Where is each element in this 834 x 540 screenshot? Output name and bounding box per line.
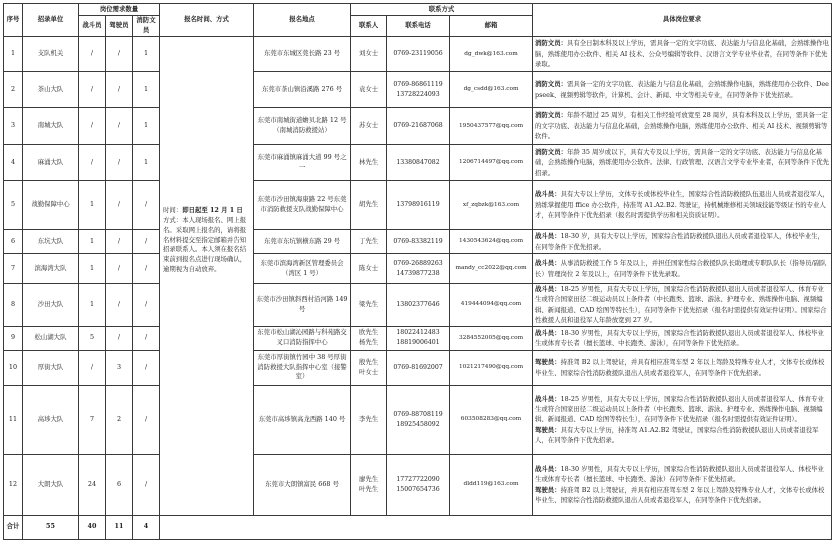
requirement-text: 18-25 岁男性，具有大专以上学历，国家综合性消防救援队退出人员或者退役军人、…: [535, 285, 826, 324]
cell-fighter: /: [79, 145, 106, 181]
contact-phone-number: 18925458092: [396, 421, 439, 428]
requirement-item: 战斗员：18-30 岁男性，具有大专以上学历，国家综合性消防救援队退出人员或者退…: [535, 464, 829, 485]
header-contact-phone: 联系电话: [387, 16, 450, 37]
contact-phone-number: 0769-26889263: [393, 260, 442, 267]
requirement-text: 需具备一定的文字功底、表达能力与信息化基础，会熟练操作电脑，熟练使用办公软件、D…: [535, 80, 829, 98]
cell-unit: 滨海湾大队: [23, 254, 79, 284]
requirement-role: 消防文员：: [535, 148, 567, 156]
cell-driver: /: [106, 181, 133, 230]
cell-clerk: 1: [133, 145, 160, 181]
cell-contact-phone: 1802241248318819006401: [387, 326, 450, 350]
header-driver: 驾驶员: [106, 16, 133, 37]
requirement-role: 战斗员：: [535, 190, 561, 198]
total-row: 合计5540114: [4, 515, 832, 539]
cell-contact-email[interactable]: mandy_cc2022@qq.com: [450, 254, 533, 284]
requirement-text: 18-30 岁男性，具有大专以上学历，国家综合性消防救援队退出人员或者退役军人、…: [535, 465, 824, 483]
signup-time-value: 即日起至 12 月 1 日: [182, 206, 243, 214]
requirement-role: 驾驶员：: [535, 358, 561, 366]
header-quota-group: 岗位需求数量: [79, 4, 160, 16]
cell-clerk: /: [133, 454, 160, 515]
requirement-item: 消防文员：年龄 35 周岁或以下，具有大专及以上学历，需具备一定的文字功底、表达…: [535, 147, 829, 178]
cell-contact-phone: 1772772209015007654736: [387, 454, 450, 515]
cell-driver: /: [106, 284, 133, 327]
contact-phone-number: 15007654736: [396, 486, 439, 493]
requirement-text: 持准驾 B2 以上驾驶证，并具有相应准驾车型 2 年以上驾龄及特殊专业人才，文体…: [535, 486, 824, 504]
requirement-role: 驾驶员：: [535, 486, 561, 494]
contact-person-name: 刘女士: [359, 49, 378, 57]
cell-driver: /: [106, 145, 133, 181]
cell-requirements: 战斗员：18-30 岁男性，具有大专以上学历，国家综合性消防救援队退出人员或者退…: [533, 454, 832, 515]
recruitment-table: 序号 招录单位 岗位需求数量 报名时间、方式 报名地点 联系方式 具体岗位要求 …: [3, 3, 832, 540]
contact-person-name: 廖先生: [359, 475, 378, 483]
header-seq: 序号: [4, 4, 23, 37]
cell-requirements: 战斗员：具有大专以上学历，文体专长或体校毕业生，国家综合性消防救援队伍退出人员或…: [533, 181, 832, 230]
contact-phone-number: 14739877238: [396, 270, 439, 277]
cell-driver: /: [106, 230, 133, 254]
requirement-text: 年龄不超过 25 周岁，有相关工作经验可放宽至 28 周岁，具有本科及以上学历，…: [535, 111, 828, 140]
cell-place: 东莞市东城区莞长路 23 号: [254, 37, 351, 72]
contact-person-name: 杨先生: [359, 338, 378, 346]
cell-clerk: 1: [133, 37, 160, 72]
cell-driver: /: [106, 37, 133, 72]
cell-fighter: /: [79, 37, 106, 72]
contact-person-name: 丁先生: [359, 237, 378, 245]
total-driver: 11: [106, 515, 133, 539]
cell-seq: 3: [4, 108, 23, 145]
cell-contact-email[interactable]: dg_dwk@163.com: [450, 37, 533, 72]
cell-requirements: 战斗员：从事消防救援工作 5 年及以上，并担任国家性综合救援队队长助理或专职队队…: [533, 254, 832, 284]
requirement-role: 战斗员：: [535, 285, 561, 293]
cell-contact-person: 梁先生: [351, 284, 387, 327]
cell-unit: 松山湖大队: [23, 326, 79, 350]
table-row: 12大朗大队246/东莞市大朗镇富民 668 号廖先生叶先生1772772209…: [4, 454, 832, 515]
cell-contact-person: 苏女士: [351, 108, 387, 145]
cell-contact-person: 林先生: [351, 145, 387, 181]
cell-contact-phone: 13802377646: [387, 284, 450, 327]
cell-unit: 麻涌大队: [23, 145, 79, 181]
cell-seq: 5: [4, 181, 23, 230]
total-clerk: 4: [133, 515, 160, 539]
table-row: 10厚街大队/3/东莞市厚街镇竹园中 38 号厚街消防救援大队指挥中心室（接警室…: [4, 350, 832, 385]
table-row: 5战勤保障中心1//东莞市沙田镇海康路 22 号东莞市消防救援支队战勤保障中心胡…: [4, 181, 832, 230]
requirement-item: 驾驶员：持准驾 B2 以上驾驶证，并具有相应准驾车型 2 年以上驾龄及特殊专业人…: [535, 485, 829, 506]
cell-contact-person: 胡先生: [351, 181, 387, 230]
cell-place: 东莞市南城街道蟾贝北路 12 号（南城消防救援站）: [254, 108, 351, 145]
requirement-role: 战斗员：: [535, 465, 561, 473]
cell-place: 东莞市大朗镇富民 668 号: [254, 454, 351, 515]
cell-unit: 东坑大队: [23, 230, 79, 254]
table-row: 1支队机关//1时间：即日起至 12 月 1 日方式：本人现场报名、网上报名。采…: [4, 37, 832, 72]
cell-fighter: /: [79, 108, 106, 145]
header-contact-group: 联系方式: [351, 4, 533, 16]
cell-signup-info: 时间：即日起至 12 月 1 日方式：本人现场报名、网上报名。采取网上报名的，请…: [160, 37, 254, 516]
cell-seq: 9: [4, 326, 23, 350]
cell-driver: /: [106, 326, 133, 350]
requirement-role: 战斗员：: [535, 395, 561, 403]
contact-phone-number: 0769-81692007: [393, 364, 442, 371]
cell-driver: 3: [106, 350, 133, 385]
contact-person-name: 殷先生: [359, 358, 378, 366]
contact-phone-number: 0769-83382119: [393, 238, 442, 245]
cell-seq: 11: [4, 385, 23, 454]
cell-clerk: 1: [133, 72, 160, 108]
cell-driver: 2: [106, 385, 133, 454]
requirement-text: 具有全日制本科及以上学历，需具备一定的文字功底、表达能力与信息化基础，会熟练操作…: [535, 39, 829, 68]
requirement-item: 战斗员：18-25 岁男性，具有大专以上学历，国家综合性消防救援队退出人员或者退…: [535, 394, 829, 425]
cell-contact-email[interactable]: 1430543624@qq.com: [450, 230, 533, 254]
cell-clerk: /: [133, 254, 160, 284]
cell-contact-person: 欧先生杨先生: [351, 326, 387, 350]
requirement-text: 18-30 岁男性，具有大专以上学历，国家综合性消防救援队退出人员或者退役军人、…: [535, 329, 824, 347]
requirement-item: 战斗员：18-25 岁男性，具有大专以上学历，国家综合性消防救援队退出人员或者退…: [535, 284, 829, 326]
cell-contact-email[interactable]: 603508283@qq.com: [450, 385, 533, 454]
header-requirements: 具体岗位要求: [533, 4, 832, 37]
cell-requirements: 消防文员：需具备一定的文字功底、表达能力与信息化基础，会熟练操作电脑，熟练使用办…: [533, 72, 832, 108]
header-contact-person: 联系人: [351, 16, 387, 37]
cell-unit: 大朗大队: [23, 454, 79, 515]
contact-person-name: 梁先生: [359, 300, 378, 308]
cell-contact-person: 殷先生叶女士: [351, 350, 387, 385]
table-row: 4麻涌大队//1东莞市麻涌镇麻涌大道 99 号之一林先生133808470821…: [4, 145, 832, 181]
requirement-role: 战斗员：: [535, 232, 561, 240]
requirement-text: 持准驾 B2 以上驾驶证，并具有相应准驾车型 2 年以上驾龄及特殊专业人才，文体…: [535, 358, 824, 376]
cell-fighter: 1: [79, 284, 106, 327]
cell-requirements: 战斗员：18-25 岁男性，具有大专以上学历，国家综合性消防救援队退出人员或者退…: [533, 284, 832, 327]
cell-driver: /: [106, 108, 133, 145]
header-contact-email: 邮箱: [450, 16, 533, 37]
contact-phone-number: 13728224093: [396, 91, 439, 98]
header-clerk: 消防文员: [133, 16, 160, 37]
cell-fighter: 1: [79, 181, 106, 230]
cell-contact-person: 刘女士: [351, 37, 387, 72]
cell-fighter: /: [79, 350, 106, 385]
total-all: 55: [23, 515, 79, 539]
cell-contact-phone: 0769-81692007: [387, 350, 450, 385]
cell-place: 东莞市沙田镇海康路 22 号东莞市消防救援支队战勤保障中心: [254, 181, 351, 230]
cell-clerk: /: [133, 181, 160, 230]
cell-unit: 厚街大队: [23, 350, 79, 385]
cell-seq: 8: [4, 284, 23, 327]
cell-unit: 战勤保障中心: [23, 181, 79, 230]
contact-phone-number: 0769-23119056: [393, 50, 442, 57]
cell-unit: 支队机关: [23, 37, 79, 72]
contact-phone-number: 18022412483: [396, 329, 439, 336]
header-fighter: 战斗员: [79, 16, 106, 37]
table-row: 2茶山大队//1东莞市茶山镇沿溪路 276 号袁女士0769-868611191…: [4, 72, 832, 108]
requirement-text: 从事消防救援工作 5 年及以上，并担任国家性综合救援队队长助理或专职队队长（指导…: [535, 259, 826, 277]
cell-requirements: 战斗员：18-30 岁，具有大专以上学历，国家综合性消防救援队退出人员或者退役军…: [533, 230, 832, 254]
contact-phone-number: 0769-88708119: [393, 411, 442, 418]
requirement-role: 战斗员：: [535, 259, 561, 267]
requirement-text: 具有大专以上学历，持准驾 A1.A2.B2 驾驶证，国家综合性消防救援队退出人员…: [535, 426, 818, 444]
requirement-text: 具有大专以上学历，文体专长或体校毕业生，国家综合性消防救援队伍退出人员或者退役军…: [535, 190, 829, 219]
cell-seq: 1: [4, 37, 23, 72]
requirement-item: 驾驶员：具有大专以上学历，持准驾 A1.A2.B2 驾驶证，国家综合性消防救援队…: [535, 425, 829, 446]
cell-place: 东莞市高埗镇高龙西路 140 号: [254, 385, 351, 454]
cell-clerk: /: [133, 230, 160, 254]
table-row: 6东坑大队1//东莞市东坑镇横东路 29 号丁先生0769-8338211914…: [4, 230, 832, 254]
cell-place: 东莞市麻涌镇麻涌大道 99 号之一: [254, 145, 351, 181]
cell-contact-phone: 13798916119: [387, 181, 450, 230]
cell-contact-email[interactable]: dg_csdd@163.com: [450, 72, 533, 108]
cell-requirements: 战斗员：18-25 岁男性，具有大专以上学历，国家综合性消防救援队退出人员或者退…: [533, 385, 832, 454]
cell-seq: 12: [4, 454, 23, 515]
cell-fighter: 24: [79, 454, 106, 515]
requirement-item: 消防文员：年龄不超过 25 周岁，有相关工作经验可放宽至 28 周岁，具有本科及…: [535, 110, 829, 141]
cell-contact-phone: 0769-83382119: [387, 230, 450, 254]
cell-contact-person: 廖先生叶先生: [351, 454, 387, 515]
cell-seq: 6: [4, 230, 23, 254]
requirement-item: 消防文员：具有全日制本科及以上学历，需具备一定的文字功底、表达能力与信息化基础，…: [535, 38, 829, 69]
cell-contact-email[interactable]: dldd119@163.com: [450, 454, 533, 515]
cell-contact-phone: 0769-8870811918925458092: [387, 385, 450, 454]
cell-requirements: 驾驶员：持准驾 B2 以上驾驶证，并具有相应准驾车型 2 年以上驾龄及特殊专业人…: [533, 350, 832, 385]
cell-clerk: /: [133, 385, 160, 454]
cell-driver: /: [106, 254, 133, 284]
cell-unit: 南城大队: [23, 108, 79, 145]
cell-place: 东莞市松山湖沁园路与科苑路交叉口消防指挥中心: [254, 326, 351, 350]
requirement-item: 战斗员：18-30 岁，具有大专以上学历，国家综合性消防救援队退出人员或者退役军…: [535, 231, 829, 252]
requirement-item: 驾驶员：持准驾 B2 以上驾驶证，并具有相应准驾车型 2 年以上驾龄及特殊专业人…: [535, 357, 829, 378]
cell-requirements: 消防文员：年龄不超过 25 周岁，有相关工作经验可放宽至 28 周岁，具有本科及…: [533, 108, 832, 145]
table-row: 8沙田大队1//东莞市沙田镇斜西村沿河路 149 号梁先生13802377646…: [4, 284, 832, 327]
cell-seq: 4: [4, 145, 23, 181]
cell-requirements: 消防文员：年龄 35 周岁或以下，具有大专及以上学历，需具备一定的文字功底、表达…: [533, 145, 832, 181]
cell-clerk: /: [133, 284, 160, 327]
cell-fighter: 7: [79, 385, 106, 454]
contact-person-name: 叶先生: [359, 485, 378, 493]
total-fighter: 40: [79, 515, 106, 539]
contact-person-name: 苏女士: [359, 121, 378, 129]
cell-fighter: /: [79, 72, 106, 108]
cell-contact-email[interactable]: 3284552005@qq.com: [450, 326, 533, 350]
cell-contact-email[interactable]: 1021217490@qq.com: [450, 350, 533, 385]
contact-person-name: 陈女士: [359, 264, 378, 272]
cell-place: 东莞市东坑镇横东路 29 号: [254, 230, 351, 254]
cell-contact-person: 陈女士: [351, 254, 387, 284]
cell-contact-phone: 0769-21687068: [387, 108, 450, 145]
contact-phone-number: 13380847082: [396, 159, 439, 166]
cell-place: 东莞市滨海湾新区管理委员会（湾区 1 号）: [254, 254, 351, 284]
cell-contact-email[interactable]: 1206714497@qq.com: [450, 145, 533, 181]
contact-person-name: 袁女士: [359, 85, 378, 93]
cell-requirements: 战斗员：18-30 岁男性，具有大专以上学历，国家综合性消防救援队退出人员或者退…: [533, 326, 832, 350]
requirement-text: 18-25 岁男性，具有大专以上学历，国家综合性消防救援队退出人员或者退役军人、…: [535, 395, 824, 424]
requirement-item: 战斗员：18-30 岁男性，具有大专以上学历，国家综合性消防救援队退出人员或者退…: [535, 328, 829, 349]
requirement-role: 消防文员：: [535, 39, 567, 47]
contact-person-name: 胡先生: [359, 200, 378, 208]
cell-contact-email[interactable]: 419444094@qq.com: [450, 284, 533, 327]
table-row: 9松山湖大队5//东莞市松山湖沁园路与科苑路交叉口消防指挥中心欧先生杨先生180…: [4, 326, 832, 350]
table-row: 7滨海湾大队1//东莞市滨海湾新区管理委员会（湾区 1 号）陈女士0769-26…: [4, 254, 832, 284]
table-row: 3南城大队//1东莞市南城街道蟾贝北路 12 号（南城消防救援站）苏女士0769…: [4, 108, 832, 145]
cell-seq: 10: [4, 350, 23, 385]
cell-contact-phone: 13380847082: [387, 145, 450, 181]
cell-seq: 7: [4, 254, 23, 284]
cell-contact-phone: 0769-23119056: [387, 37, 450, 72]
cell-unit: 沙田大队: [23, 284, 79, 327]
requirement-text: 18-30 岁，具有大专以上学历，国家综合性消防救援队退出人员或者退役军人，体校…: [535, 232, 824, 250]
cell-clerk: 1: [133, 108, 160, 145]
cell-driver: 6: [106, 454, 133, 515]
requirement-role: 战斗员：: [535, 329, 561, 337]
cell-seq: 2: [4, 72, 23, 108]
cell-contact-email[interactable]: xf_zqbzk@163.com: [450, 181, 533, 230]
requirement-item: 战斗员：具有大专以上学历，文体专长或体校毕业生，国家综合性消防救援队伍退出人员或…: [535, 189, 829, 220]
requirement-text: 年龄 35 周岁或以下，具有大专及以上学历，需具备一定的文字功底、表达能力与信息…: [535, 148, 829, 177]
cell-unit: 高埗大队: [23, 385, 79, 454]
contact-phone-number: 0769-21687068: [393, 122, 442, 129]
cell-requirements: 消防文员：具有全日制本科及以上学历，需具备一定的文字功底、表达能力与信息化基础，…: [533, 37, 832, 72]
cell-place: 东莞市茶山镇沿溪路 276 号: [254, 72, 351, 108]
cell-unit: 茶山大队: [23, 72, 79, 108]
cell-contact-person: 袁女士: [351, 72, 387, 108]
cell-driver: /: [106, 72, 133, 108]
header-signup-time: 报名时间、方式: [160, 4, 254, 37]
cell-contact-phone: 0769-8686111913728224093: [387, 72, 450, 108]
cell-fighter: 1: [79, 230, 106, 254]
cell-fighter: 1: [79, 254, 106, 284]
contact-person-name: 林先生: [359, 158, 378, 166]
contact-phone-number: 0769-86861119: [393, 81, 442, 88]
cell-contact-person: 丁先生: [351, 230, 387, 254]
header-unit: 招录单位: [23, 4, 79, 37]
cell-contact-phone: 0769-2688926314739877238: [387, 254, 450, 284]
contact-phone-number: 17727722090: [396, 476, 439, 483]
contact-phone-number: 13802377646: [396, 301, 439, 308]
total-label: 合计: [4, 515, 23, 539]
requirement-role: 消防文员：: [535, 111, 567, 119]
requirement-item: 战斗员：从事消防救援工作 5 年及以上，并担任国家性综合救援队队长助理或专职队队…: [535, 258, 829, 279]
contact-phone-number: 13798916119: [396, 201, 439, 208]
cell-place: 东莞市厚街镇竹园中 38 号厚街消防救援大队指挥中心室（接警室）: [254, 350, 351, 385]
cell-fighter: 5: [79, 326, 106, 350]
contact-person-name: 李先生: [359, 415, 378, 423]
cell-clerk: /: [133, 326, 160, 350]
cell-place: 东莞市沙田镇斜西村沿河路 149 号: [254, 284, 351, 327]
cell-contact-email[interactable]: 1950437577@qq.com: [450, 108, 533, 145]
contact-phone-number: 18819006401: [396, 339, 439, 346]
table-row: 11高埗大队72/东莞市高埗镇高龙西路 140 号李先生0769-8870811…: [4, 385, 832, 454]
requirement-role: 驾驶员：: [535, 426, 561, 434]
signup-method: 方式：本人现场报名、网上报名。采取网上报名的，请将报名材料提交至指定邮箱并告知招…: [163, 216, 246, 274]
header-signup-place: 报名地点: [254, 4, 351, 37]
cell-contact-person: 李先生: [351, 385, 387, 454]
requirement-role: 消防文员：: [535, 80, 567, 88]
total-empty: [160, 515, 832, 539]
contact-person-name: 欧先生: [359, 328, 378, 336]
cell-clerk: /: [133, 350, 160, 385]
contact-person-name: 叶女士: [359, 368, 378, 376]
requirement-item: 消防文员：需具备一定的文字功底、表达能力与信息化基础，会熟练操作电脑，熟练使用办…: [535, 79, 829, 100]
signup-time-label: 时间：: [163, 206, 182, 214]
